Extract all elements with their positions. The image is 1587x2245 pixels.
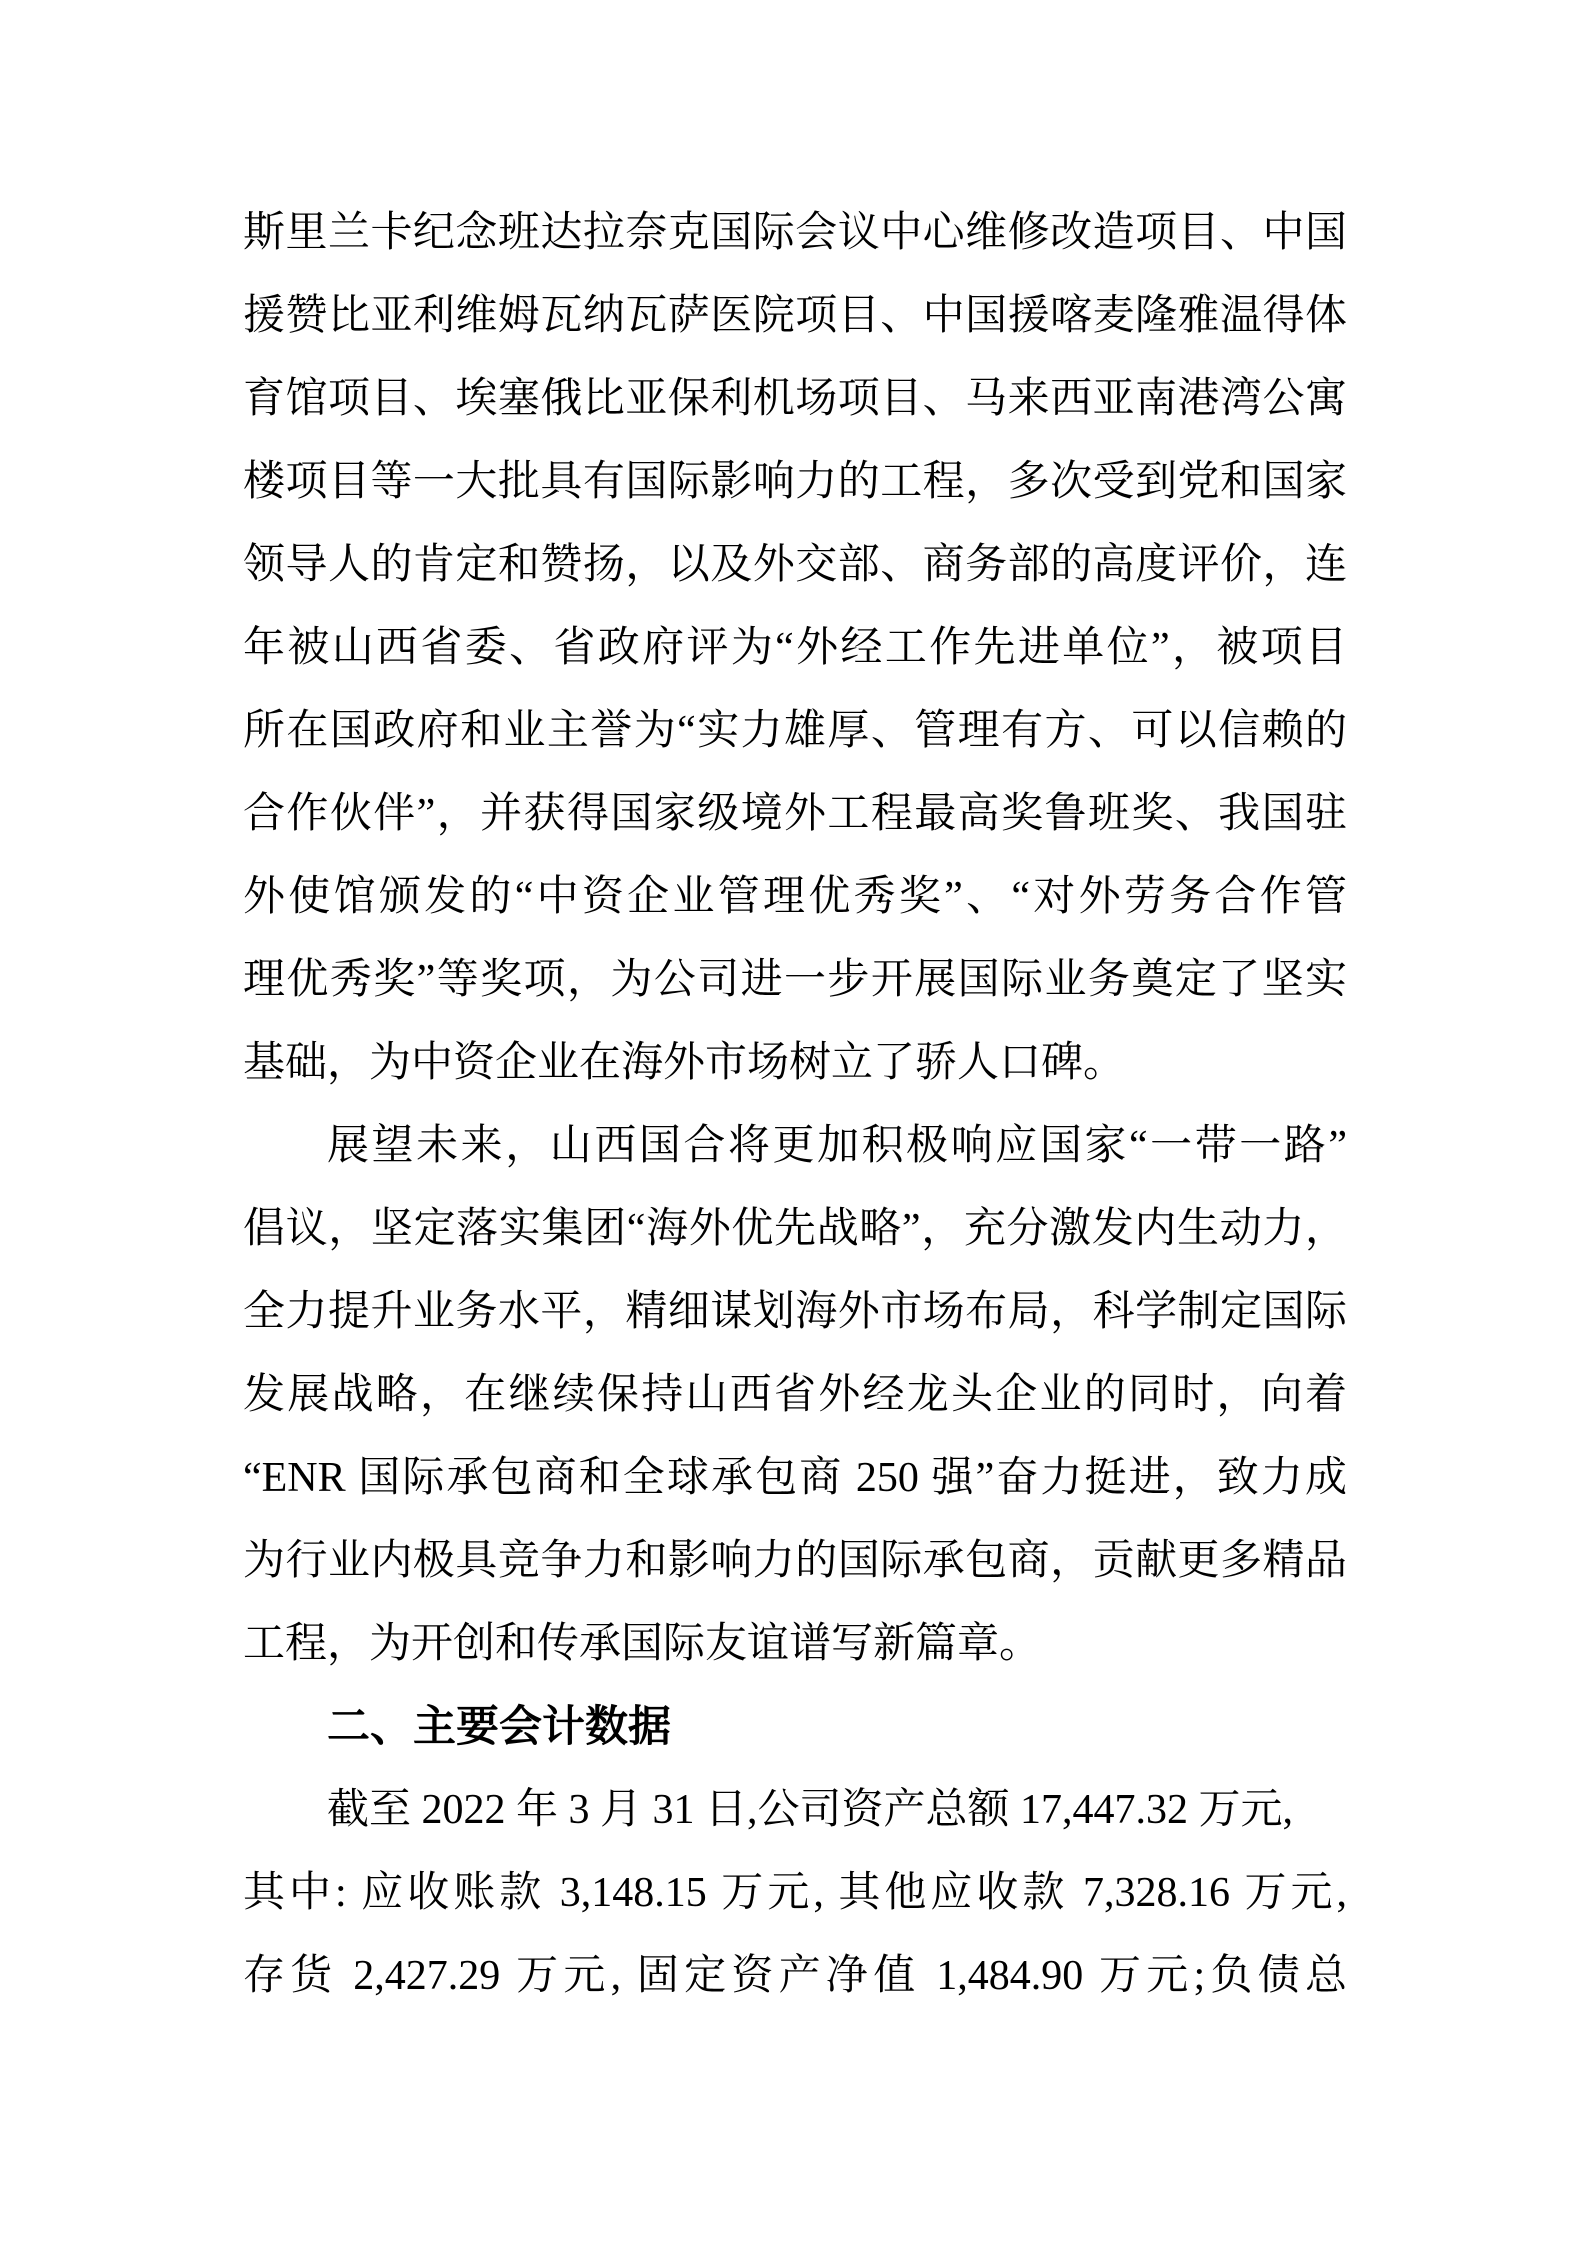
text-line: “ENR 国际承包商和全球承包商 250 强”奋力挺进，致力成 (243, 1437, 1347, 1520)
text-line: 工程，为开创和传承国际友谊谱写新篇章。 (243, 1603, 1347, 1686)
text-line: 领导人的肯定和赞扬，以及外交部、商务部的高度评价，连 (243, 524, 1347, 607)
text-line: 育馆项目、埃塞俄比亚保利机场项目、马来西亚南港湾公寓 (243, 358, 1347, 441)
text-line: 发展战略，在继续保持山西省外经龙头企业的同时，向着 (243, 1354, 1347, 1437)
section-heading: 二、主要会计数据 (243, 1686, 1347, 1769)
text-line: 展望未来，山西国合将更加积极响应国家“一带一路” (243, 1105, 1347, 1188)
text-line: 存货 2,427.29 万元, 固定资产净值 1,484.90 万元;负债总 (243, 1935, 1347, 2018)
text-line: 全力提升业务水平，精细谋划海外市场布局，科学制定国际 (243, 1271, 1347, 1354)
text-line: 截至 2022 年 3 月 31 日,公司资产总额 17,447.32 万元, (243, 1769, 1347, 1852)
text-line: 外使馆颁发的“中资企业管理优秀奖”、“对外劳务合作管 (243, 856, 1347, 939)
document-text-block: 斯里兰卡纪念班达拉奈克国际会议中心维修改造项目、中国援赞比亚利维姆瓦纳瓦萨医院项… (243, 192, 1347, 2018)
text-line: 援赞比亚利维姆瓦纳瓦萨医院项目、中国援喀麦隆雅温得体 (243, 275, 1347, 358)
text-line: 合作伙伴”，并获得国家级境外工程最高奖鲁班奖、我国驻 (243, 773, 1347, 856)
text-line: 基础，为中资企业在海外市场树立了骄人口碑。 (243, 1022, 1347, 1105)
text-line: 年被山西省委、省政府评为“外经工作先进单位”，被项目 (243, 607, 1347, 690)
document-page: 斯里兰卡纪念班达拉奈克国际会议中心维修改造项目、中国援赞比亚利维姆瓦纳瓦萨医院项… (0, 0, 1587, 2245)
text-line: 为行业内极具竞争力和影响力的国际承包商，贡献更多精品 (243, 1520, 1347, 1603)
text-line: 倡议，坚定落实集团“海外优先战略”，充分激发内生动力， (243, 1188, 1347, 1271)
text-line: 理优秀奖”等奖项，为公司进一步开展国际业务奠定了坚实 (243, 939, 1347, 1022)
text-line: 斯里兰卡纪念班达拉奈克国际会议中心维修改造项目、中国 (243, 192, 1347, 275)
text-line: 其中: 应收账款 3,148.15 万元, 其他应收款 7,328.16 万元, (243, 1852, 1347, 1935)
text-line: 楼项目等一大批具有国际影响力的工程，多次受到党和国家 (243, 441, 1347, 524)
text-line: 所在国政府和业主誉为“实力雄厚、管理有方、可以信赖的 (243, 690, 1347, 773)
